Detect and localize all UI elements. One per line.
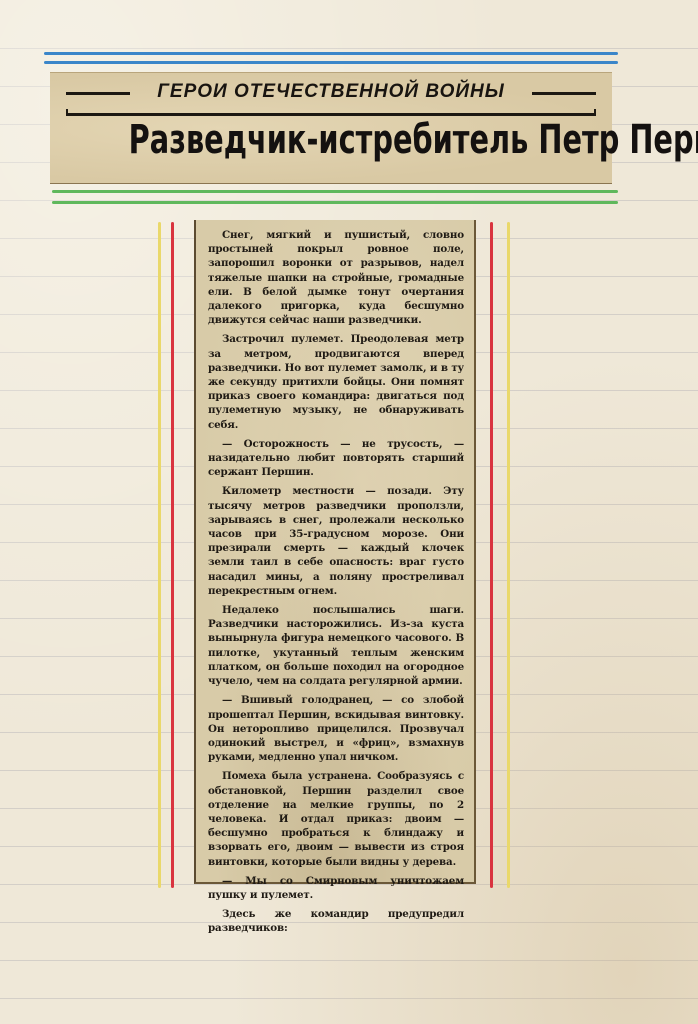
article-paragraph: — Мы со Смирновым уничтожаем пушку и пул… bbox=[208, 874, 464, 902]
blue-rule-second bbox=[44, 61, 618, 64]
article-paragraph: Недалеко послышались шаги. Разведчики на… bbox=[208, 603, 464, 688]
article-clipping: Снег, мягкий и пушистый, словно простыне… bbox=[194, 220, 476, 884]
article-headline: Разведчик-истребитель Петр Першин bbox=[129, 117, 534, 163]
article-paragraph: — Вшивый голодранец, — со злобой прошепт… bbox=[208, 693, 464, 764]
headline-clipping: ГЕРОИ ОТЕЧЕСТВЕННОЙ ВОЙНЫ Разведчик-истр… bbox=[50, 73, 612, 183]
section-kicker: ГЕРОИ ОТЕЧЕСТВЕННОЙ ВОЙНЫ bbox=[50, 81, 612, 103]
article-paragraph: — Осторожность — не трусость, — назидате… bbox=[208, 437, 464, 480]
margin-line-red-right bbox=[490, 222, 493, 888]
margin-line-red-left bbox=[171, 222, 174, 888]
article-paragraph: Километр местности — позади. Эту тысячу … bbox=[208, 484, 464, 598]
article-paragraph: Помеха была устранена. Сообразуясь с обс… bbox=[208, 769, 464, 868]
green-rule-top bbox=[52, 190, 618, 193]
article-paragraph: Застрочил пулемет. Преодолевая метр за м… bbox=[208, 332, 464, 431]
article-paragraph: Здесь же командир предупредил разведчико… bbox=[208, 907, 464, 935]
margin-line-yellow-right bbox=[507, 222, 510, 888]
margin-line-yellow-left bbox=[158, 222, 161, 888]
green-rule-second bbox=[52, 201, 618, 204]
kicker-frame bbox=[66, 109, 596, 116]
article-paragraph: Снег, мягкий и пушистый, словно простыне… bbox=[208, 228, 464, 327]
blue-rule-top bbox=[44, 52, 618, 55]
